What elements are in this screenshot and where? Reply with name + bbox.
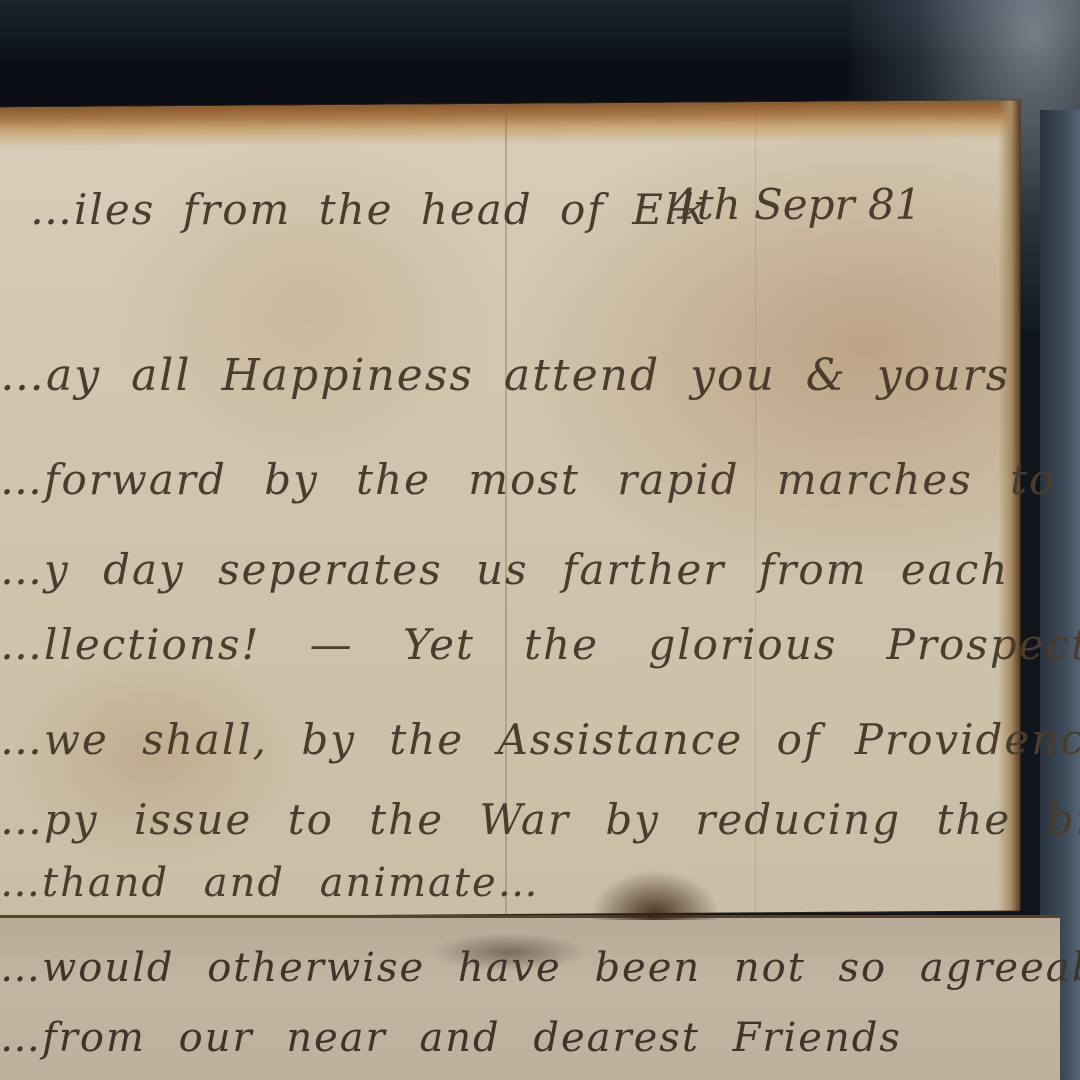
- letter-line: …llections! — Yet the glorious Prospect: [0, 620, 1080, 669]
- wax-seal-stain: [590, 870, 720, 920]
- torn-top-edge: [0, 100, 1020, 147]
- letter-line: …would otherwise have been not so agreea…: [0, 945, 1080, 991]
- letter-line: …ay all Happiness attend you & yours: [0, 350, 1010, 401]
- letter-line: …thand and animate…: [0, 860, 540, 906]
- letter-date: 4th Sepr 81: [670, 180, 921, 229]
- letter-place-heading: …iles from the head of Elk: [30, 185, 708, 234]
- letter-line: …from our near and dearest Friends: [0, 1015, 902, 1061]
- letter-line: …y day seperates us farther from each: [0, 545, 1009, 594]
- letter-line: …py issue to the War by reducing the bri…: [0, 795, 1080, 844]
- letter-line: …we shall, by the Assistance of Providen…: [0, 715, 1080, 764]
- letter-line: …forward by the most rapid marches to: [0, 455, 1056, 504]
- paper-right-edge: [998, 100, 1020, 910]
